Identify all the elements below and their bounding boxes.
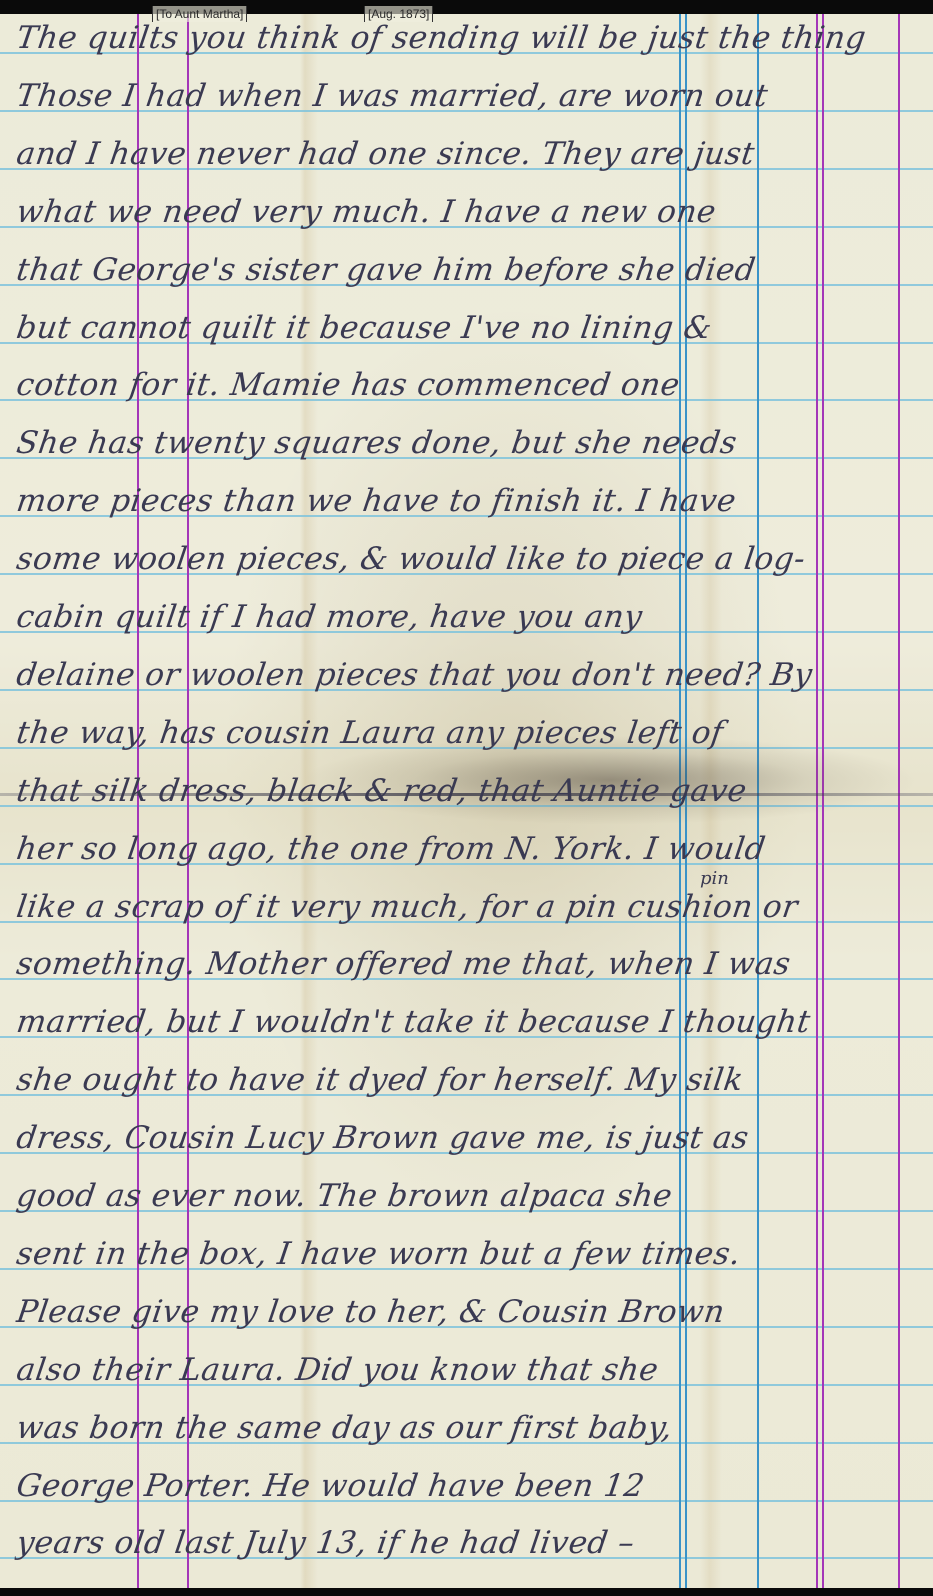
handwritten-line: Those I had when I was married, are worn… <box>14 76 925 116</box>
handwritten-line: sent in the box, I have worn but a few t… <box>14 1234 925 1274</box>
handwritten-line: George Porter. He would have been 12 <box>14 1466 925 1506</box>
handwritten-line: She has twenty squares done, but she nee… <box>14 423 925 463</box>
handwritten-line: dress, Cousin Lucy Brown gave me, is jus… <box>14 1118 925 1158</box>
handwritten-line: she ought to have it dyed for herself. M… <box>14 1060 925 1100</box>
handwritten-line: the way, has cousin Laura any pieces lef… <box>14 713 925 753</box>
handwritten-line: The quilts you think of sending will be … <box>14 18 925 58</box>
handwritten-line: years old last July 13, if he had lived … <box>14 1523 925 1563</box>
handwritten-line: was born the same day as our first baby, <box>14 1408 925 1448</box>
insertion-mark: pin <box>700 868 729 889</box>
handwritten-line: cotton for it. Mamie has commenced one <box>14 365 925 405</box>
handwritten-line: what we need very much. I have a new one <box>14 192 925 232</box>
handwritten-line: married, but I wouldn't take it because … <box>14 1002 925 1042</box>
handwritten-line: that silk dress, black & red, that Aunti… <box>14 771 925 811</box>
handwritten-line: Please give my love to her, & Cousin Bro… <box>14 1292 925 1332</box>
handwritten-line: but cannot quilt it because I've no lini… <box>14 308 925 348</box>
handwritten-line: and I have never had one since. They are… <box>14 134 925 174</box>
handwritten-line: her so long ago, the one from N. York. I… <box>14 829 925 869</box>
handwritten-line: good as ever now. The brown alpaca she <box>14 1176 925 1216</box>
handwritten-line: cabin quilt if I had more, have you any <box>14 597 925 637</box>
handwritten-line: some woolen pieces, & would like to piec… <box>14 539 925 579</box>
handwritten-line: that George's sister gave him before she… <box>14 250 925 290</box>
handwritten-line: delaine or woolen pieces that you don't … <box>14 655 925 695</box>
handwritten-line: like a scrap of it very much, for a pin … <box>14 887 925 927</box>
handwritten-line: something. Mother offered me that, when … <box>14 944 925 984</box>
handwritten-line: also their Laura. Did you know that she <box>14 1350 925 1390</box>
handwritten-line: more pieces than we have to finish it. I… <box>14 481 925 521</box>
